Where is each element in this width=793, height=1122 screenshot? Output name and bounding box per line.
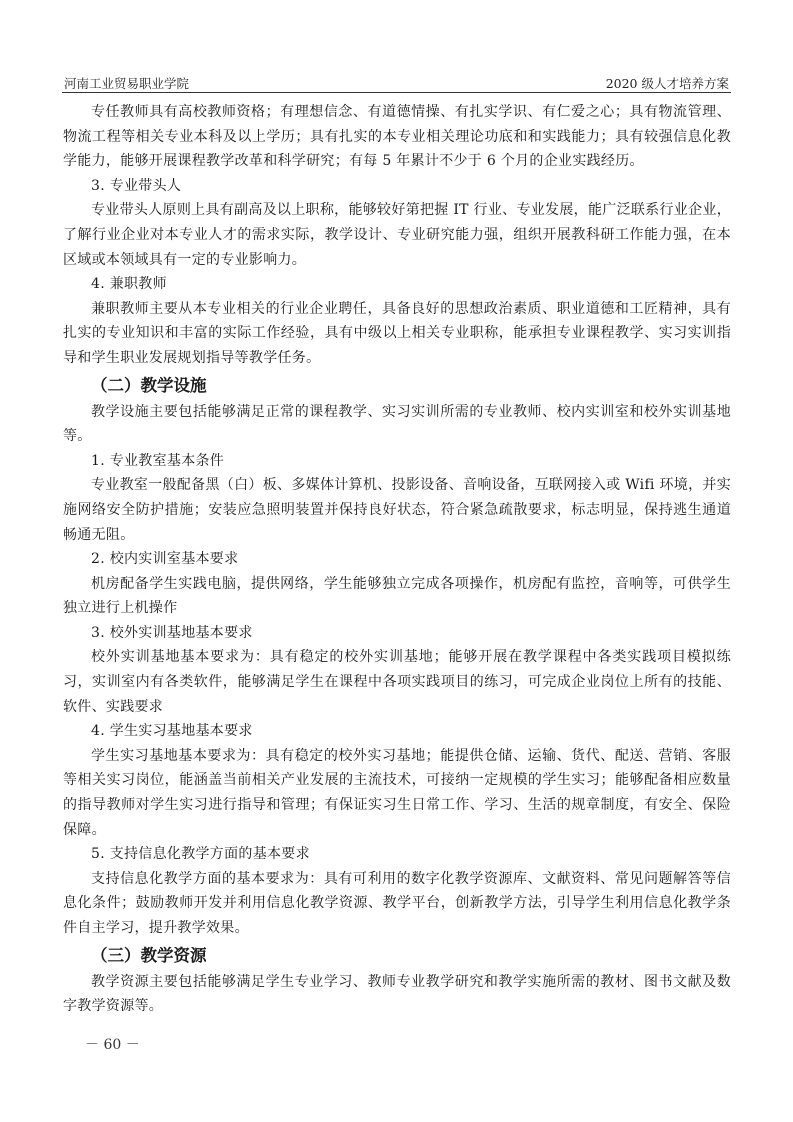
paragraph-parttime-teachers: 兼职教师主要从本专业相关的行业企业聘任，具备良好的思想政治素质、职业道德和工匠精… bbox=[63, 297, 731, 371]
subheading-classroom: 1. 专业教室基本条件 bbox=[63, 449, 731, 474]
page-header: 河南工业贸易职业学院 2020 级人才培养方案 bbox=[62, 72, 731, 93]
page-number: － 60 － bbox=[85, 1034, 140, 1054]
paragraph-fulltime-teachers: 专任教师具有高校教师资格；有理想信念、有道德情操、有扎实学识、有仁爱之心；具有物… bbox=[63, 100, 731, 174]
header-institution: 河南工业贸易职业学院 bbox=[64, 74, 189, 92]
section-heading-resources: （三）教学资源 bbox=[63, 941, 731, 970]
paragraph-it-teaching: 支持信息化教学方面的基本要求为：具有可利用的数字化教学资源库、文献资料、常见问题… bbox=[63, 867, 731, 941]
subheading-internship-base: 4. 学生实习基地基本要求 bbox=[63, 719, 731, 744]
subheading-offcampus-base: 3. 校外实训基地基本要求 bbox=[63, 621, 731, 646]
page-body: 专任教师具有高校教师资格；有理想信念、有道德情操、有扎实学识、有仁爱之心；具有物… bbox=[63, 100, 731, 1019]
subheading-program-leader: 3. 专业带头人 bbox=[63, 174, 731, 199]
paragraph-classroom: 专业教室一般配备黑（白）板、多媒体计算机、投影设备、音响设备，互联网接入或 Wi… bbox=[63, 473, 731, 547]
paragraph-internship-base: 学生实习基地基本要求为：具有稳定的校外实习基地；能提供仓储、运输、货代、配送、营… bbox=[63, 744, 731, 842]
subheading-it-teaching: 5. 支持信息化教学方面的基本要求 bbox=[63, 842, 731, 867]
paragraph-facilities-intro: 教学设施主要包括能够满足正常的课程教学、实习实训所需的专业教师、校内实训室和校外… bbox=[63, 400, 731, 449]
paragraph-program-leader: 专业带头人原则上具有副高及以上职称，能够较好第把握 IT 行业、专业发展，能广泛… bbox=[63, 198, 731, 272]
paragraph-resources: 教学资源主要包括能够满足学生专业学习、教师专业教学研究和教学实施所需的教材、图书… bbox=[63, 970, 731, 1019]
paragraph-oncampus-lab: 机房配备学生实践电脑，提供网络，学生能够独立完成各项操作，机房配有监控，音响等，… bbox=[63, 572, 731, 621]
paragraph-offcampus-base: 校外实训基地基本要求为：具有稳定的校外实训基地；能够开展在教学课程中各类实践项目… bbox=[63, 645, 731, 719]
subheading-oncampus-lab: 2. 校内实训室基本要求 bbox=[63, 547, 731, 572]
header-document-title: 2020 级人才培养方案 bbox=[606, 74, 729, 92]
section-heading-facilities: （二）教学设施 bbox=[63, 371, 731, 400]
subheading-parttime-teachers: 4. 兼职教师 bbox=[63, 272, 731, 297]
